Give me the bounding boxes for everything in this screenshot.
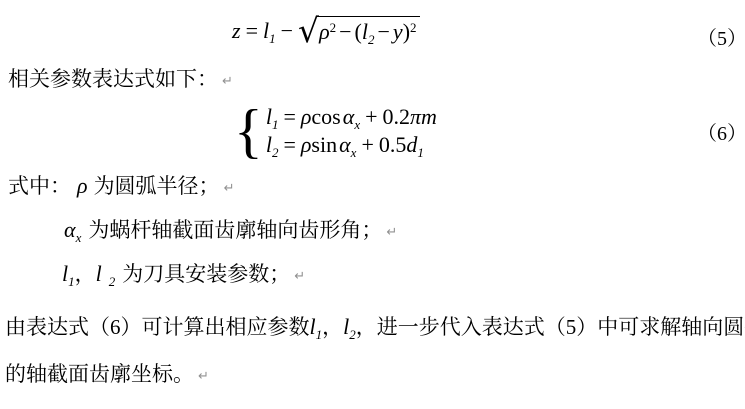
var-alpha: α	[339, 132, 351, 157]
open-paren: (	[355, 19, 362, 44]
paragraph-mark-icon: ↵	[294, 269, 305, 284]
var-y: y	[393, 19, 403, 44]
sin-function: sin	[311, 132, 337, 157]
var-alpha-sub: x	[354, 117, 360, 132]
closing-text-1: 由表达式（6）可计算出相应参数	[5, 315, 310, 339]
var-d-sub: 1	[417, 145, 424, 160]
equals-sign: =	[246, 18, 258, 43]
var-alpha: α	[64, 217, 76, 242]
paragraph-mark-icon: ↵	[198, 369, 209, 384]
outer-exponent: 2	[410, 20, 417, 35]
equation-6-line-1: l1=ρcosαx+0.2πm	[266, 103, 437, 131]
var-m: m	[421, 104, 437, 129]
minus-sign: −	[281, 18, 293, 43]
cos-function: cos	[311, 104, 340, 129]
equation-5: z=l1−√ρ2−(l2−y)2	[232, 18, 420, 46]
var-l2-sub: 2	[109, 274, 116, 289]
document-page: z=l1−√ρ2−(l2−y)2 （5）↵ 相关参数表达式如下：↵ { l1=ρ…	[0, 0, 745, 409]
tool-text: 为刀具安装参数；	[122, 262, 290, 286]
var-z: z	[232, 18, 241, 43]
equation-5-number: （5）↵	[697, 25, 745, 55]
var-rho: ρ	[77, 173, 88, 198]
paragraph-where: 式中：ρ为圆弧半径；↵	[8, 172, 234, 203]
plus-sign: +	[361, 132, 373, 157]
var-alpha: α	[343, 104, 355, 129]
comma: ，	[75, 262, 96, 286]
paragraph-alpha: αx为蜗杆轴截面齿廓轴向齿形角；↵	[64, 216, 397, 247]
coefficient: 0.5	[379, 132, 407, 157]
paragraph-mark-icon: ↵	[224, 181, 235, 196]
coefficient: 0.2	[383, 104, 411, 129]
paragraph-intro: 相关参数表达式如下：↵	[8, 65, 233, 96]
var-l2-sub: 2	[272, 145, 279, 160]
radicand: ρ2−(l2−y)2	[316, 16, 419, 45]
paragraph-mark-icon: ↵	[222, 74, 233, 89]
rho-exponent: 2	[330, 20, 337, 35]
square-root: √ρ2−(l2−y)2	[298, 16, 419, 46]
var-l2-sub: 2	[368, 32, 375, 47]
equals-sign: =	[283, 132, 295, 157]
paragraph-tool-params: l1，l2为刀具安装参数；↵	[62, 260, 305, 291]
var-alpha-sub: x	[351, 145, 357, 160]
var-rho: ρ	[301, 132, 312, 157]
paragraph-mark-icon: ↵	[386, 225, 397, 240]
var-pi: π	[410, 104, 421, 129]
minus-sign: −	[378, 19, 390, 44]
closing-text-3: 的轴截面齿廓坐标。	[5, 362, 194, 386]
alpha-text: 为蜗杆轴截面齿廓轴向齿形角；	[88, 218, 382, 242]
comma: ，	[322, 315, 343, 339]
minus-sign: −	[339, 19, 351, 44]
closing-text-2: ，进一步代入表达式（5）中可求解轴向圆弧圆柱蜗杆（ZC3）	[356, 315, 745, 339]
where-prefix: 式中：	[8, 174, 71, 198]
equation-number-label: （6）	[697, 123, 745, 145]
equation-6-number: （6）↵	[697, 120, 745, 150]
intro-text: 相关参数表达式如下：	[8, 67, 218, 91]
var-l1-sub: 1	[272, 117, 279, 132]
close-paren: )	[403, 19, 410, 44]
paragraph-closing-line-2: 的轴截面齿廓坐标。↵	[5, 360, 209, 391]
paragraph-closing-line-1: 由表达式（6）可计算出相应参数l1，l2，进一步代入表达式（5）中可求解轴向圆弧…	[5, 313, 745, 341]
var-alpha-sub: x	[76, 230, 82, 245]
equation-number-label: （5）	[697, 28, 745, 50]
var-rho: ρ	[319, 19, 330, 44]
var-l2: l	[96, 261, 102, 286]
equation-6-line-2: l2=ρsinαx+0.5d1	[266, 131, 437, 159]
plus-sign: +	[365, 104, 377, 129]
var-l1-sub: 1	[269, 31, 276, 46]
var-d: d	[406, 132, 417, 157]
where-text: 为圆弧半径；	[94, 174, 220, 198]
equation-6: { l1=ρcosαx+0.2πm l2=ρsinαx+0.5d1	[234, 102, 437, 160]
equals-sign: =	[283, 104, 295, 129]
left-brace: {	[234, 102, 263, 160]
var-rho: ρ	[301, 104, 312, 129]
